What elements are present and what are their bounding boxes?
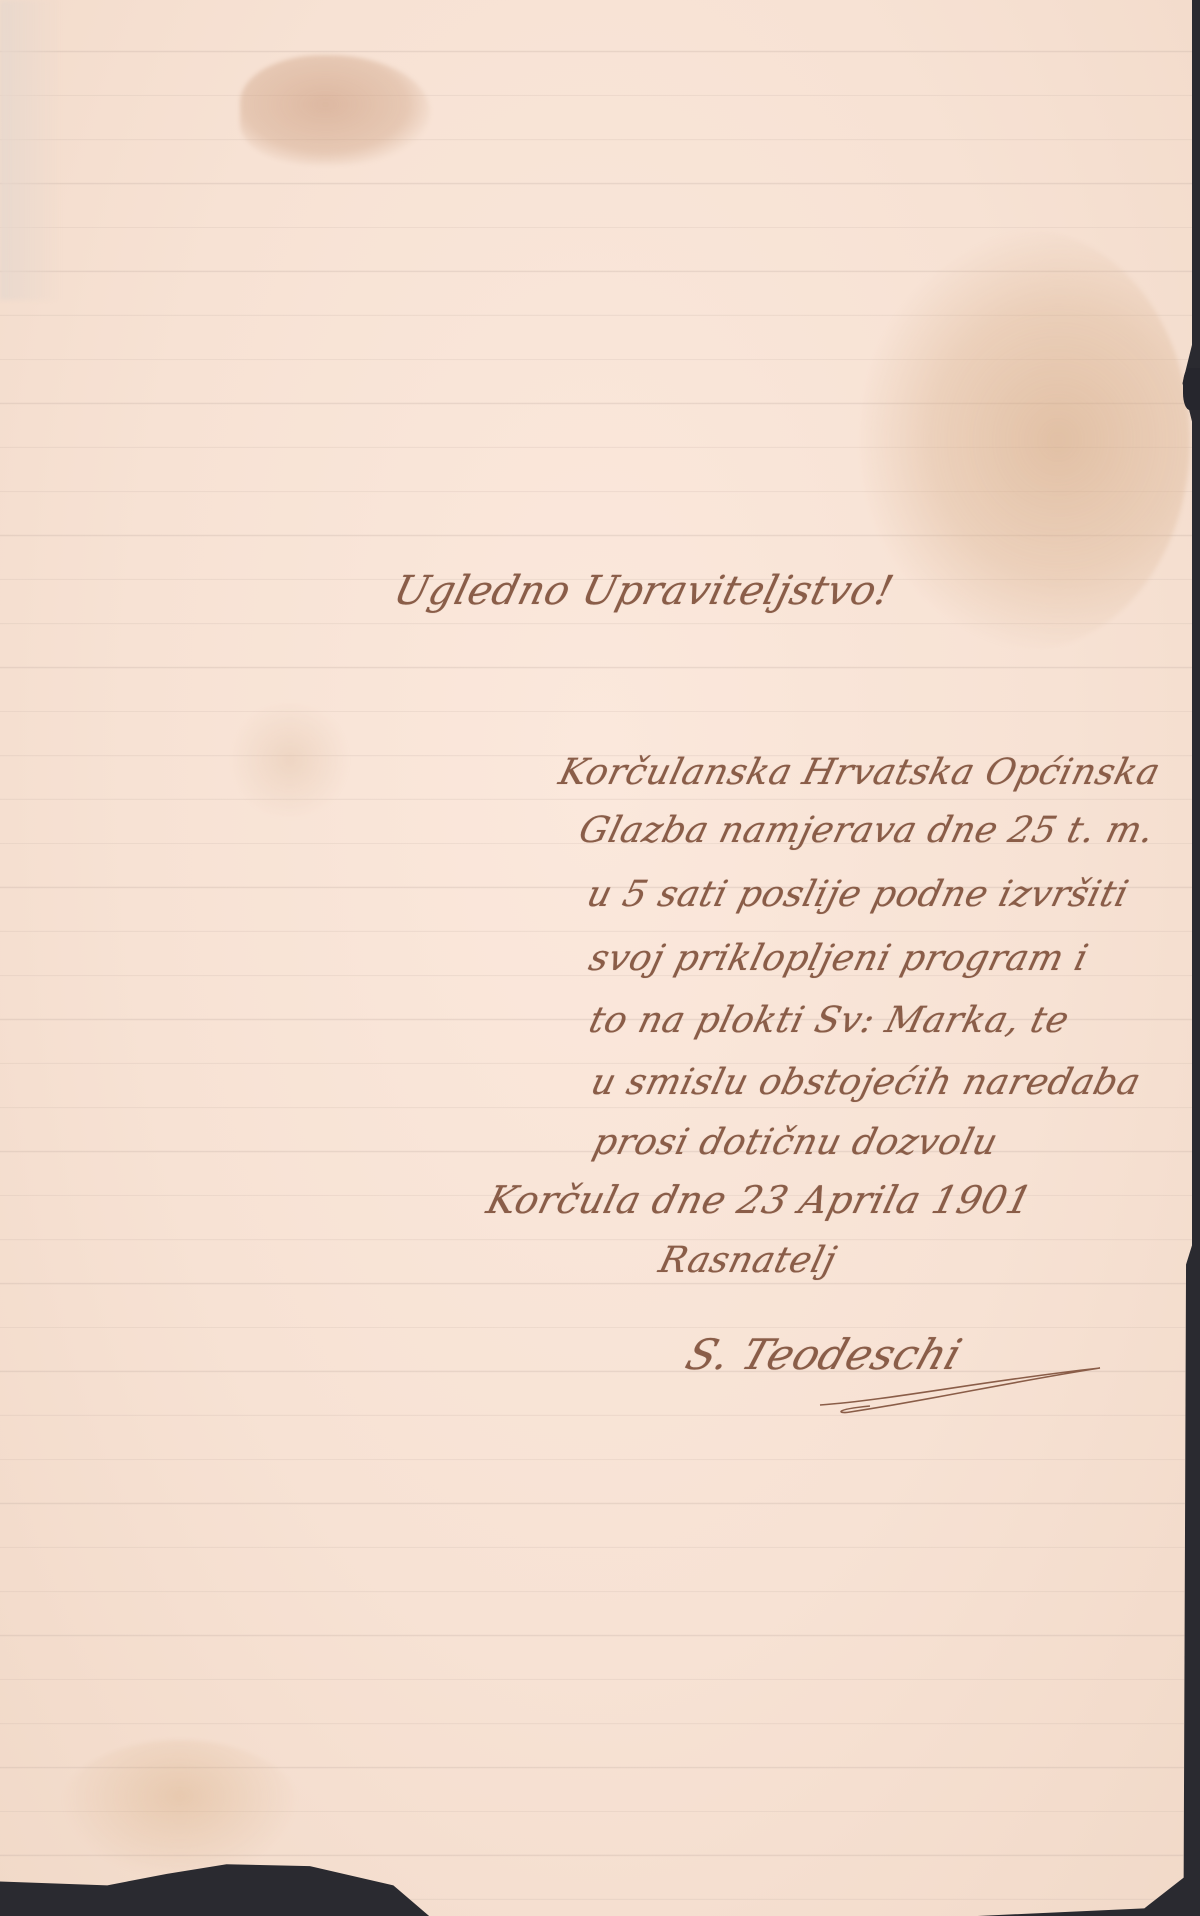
- body-line: to na plokti Sv: Marka, te: [585, 1000, 1073, 1041]
- letter-sheet: Ugledno Upraviteljstvo! Korčulanska Hrva…: [0, 0, 1192, 1916]
- closing-title: Rasnatelj: [655, 1240, 841, 1281]
- signature-flourish-icon: [810, 1360, 1110, 1420]
- stain-middle: [230, 700, 350, 820]
- stain-right: [860, 230, 1190, 650]
- body-line: u smislu obstojećih naredaba: [587, 1062, 1145, 1103]
- edge-discoloration: [0, 0, 60, 300]
- torn-edge: [1183, 368, 1200, 410]
- salutation: Ugledno Upraviteljstvo!: [389, 568, 898, 614]
- stain-top: [240, 55, 430, 165]
- date-line: Korčula dne 23 Aprila 1901: [483, 1178, 1038, 1222]
- body-line: svoj priklopljeni program i: [585, 938, 1093, 979]
- body-line: prosi dotičnu dozvolu: [589, 1122, 1002, 1163]
- body-line: u 5 sati poslije podne izvršiti: [583, 874, 1133, 915]
- body-line: Korčulanska Hrvatska Općinska: [555, 752, 1164, 793]
- stain-bottom: [60, 1740, 300, 1880]
- body-line: Glazba namjerava dne 25 t. m.: [575, 810, 1159, 851]
